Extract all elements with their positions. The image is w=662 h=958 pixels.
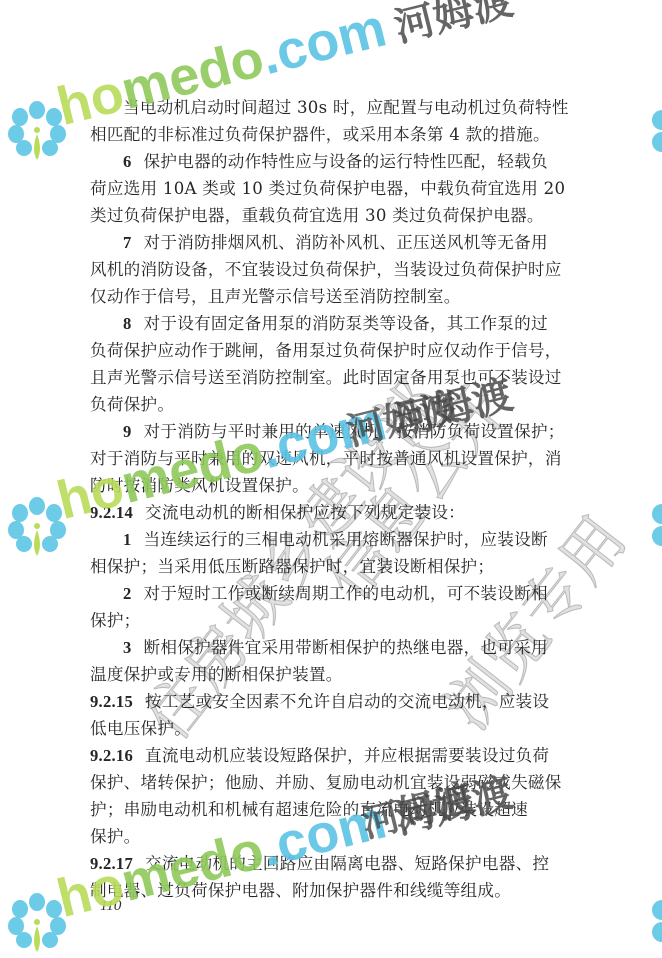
document-page: 住房城乡建设部 信息公开 浏览专用 当电动机启动时间超过 30s 时，应配置与电… (0, 0, 662, 958)
line-text: 且声光警示信号送至消防控制室。此时固定备用泵也可不装设过 (90, 368, 562, 387)
line-text: 保护、堵转保护；他励、并励、复励电动机宜装设弱磁或失磁保 (90, 773, 562, 792)
flower-logo-icon-partial (648, 896, 662, 946)
text-line: 9对于消防与平时兼用的单速风机，按消防负荷设置保护； (123, 422, 565, 442)
text-line: 荷应选用 10A 类或 10 类过负荷保护电器，中载负荷宜选用 20 (90, 179, 565, 199)
line-text: 按工艺或安全因素不允许自启动的交流电动机，应装设 (145, 692, 549, 711)
item-number: 7 (123, 233, 132, 252)
flower-logo-icon (6, 496, 68, 562)
text-line: 8对于设有固定备用泵的消防泵类等设备，其工作泵的过 (123, 314, 548, 334)
line-text: 对于短时工作或断续周期工作的电动机，可不装设断相 (144, 584, 548, 603)
item-number: 9 (123, 422, 132, 441)
line-text: 交流电动机的主回路应由隔离电器、短路保护电器、控 (145, 854, 549, 873)
section-line: 9.2.15按工艺或安全因素不允许自启动的交流电动机，应装设 (90, 692, 549, 712)
text-line: 相匹配的非标准过负荷保护器件，或采用本条第 4 款的措施。 (90, 125, 550, 145)
line-text: 保护电器的动作特性应与设备的运行特性匹配，轻载负 (144, 152, 548, 171)
flower-logo-icon-partial (648, 500, 662, 550)
item-number: 6 (123, 152, 132, 171)
flower-logo-icon (6, 100, 68, 166)
line-text: 风机的消防设备，不宜装设过负荷保护，当装设过负荷保护时应 (90, 260, 562, 279)
text-line: 1当连续运行的三相电动机采用熔断器保护时，应装设断 (123, 530, 548, 550)
line-text: 低电压保护。 (90, 719, 191, 738)
line-text: 温度保护或专用的断相保护装置。 (90, 665, 343, 684)
page-number: 110 (100, 898, 121, 915)
item-number: 3 (123, 638, 132, 657)
item-number: 1 (123, 530, 132, 549)
line-text: 直流电动机应装设短路保护，并应根据需要装设过负荷 (145, 746, 549, 765)
text-line: 保护、堵转保护；他励、并励、复励电动机宜装设弱磁或失磁保 (90, 773, 562, 793)
text-line: 当电动机启动时间超过 30s 时，应配置与电动机过负荷特性 (123, 98, 569, 118)
section-line: 9.2.17交流电动机的主回路应由隔离电器、短路保护电器、控 (90, 854, 549, 874)
text-line: 保护； (90, 611, 141, 631)
line-text: 对于消防与平时兼用的双速风机，平时按普通风机设置保护，消 (90, 449, 562, 468)
section-number: 9.2.16 (90, 746, 133, 765)
line-text: 对于消防排烟风机、消防补风机、正压送风机等无备用 (144, 233, 548, 252)
stamp-watermark-2: 信息公开 (300, 365, 523, 615)
line-text: 护；串励电动机和机械有超速危险的直流电动机应装设超速 (90, 800, 528, 819)
text-line: 负荷保护。 (90, 395, 174, 415)
section-line: 9.2.16直流电动机应装设短路保护，并应根据需要装设过负荷 (90, 746, 549, 766)
item-number: 2 (123, 584, 132, 603)
section-line: 9.2.14交流电动机的断相保护应按下列规定装设： (90, 503, 465, 523)
item-number: 8 (123, 314, 132, 333)
text-line: 且声光警示信号送至消防控制室。此时固定备用泵也可不装设过 (90, 368, 562, 388)
line-text: 当电动机启动时间超过 30s 时，应配置与电动机过负荷特性 (123, 98, 569, 117)
text-line: 3断相保护器件宜采用带断相保护的热继电器，也可采用 (123, 638, 548, 658)
line-text: 当连续运行的三相电动机采用熔断器保护时，应装设断 (144, 530, 548, 549)
line-text: 相匹配的非标准过负荷保护器件，或采用本条第 4 款的措施。 (90, 125, 550, 144)
text-line: 2对于短时工作或断续周期工作的电动机，可不装设断相 (123, 584, 548, 604)
text-line: 防时按消防类风机设置保护。 (90, 476, 309, 496)
text-line: 风机的消防设备，不宜装设过负荷保护，当装设过负荷保护时应 (90, 260, 562, 280)
line-text: 保护； (90, 611, 141, 630)
text-line: 6保护电器的动作特性应与设备的运行特性匹配，轻载负 (123, 152, 548, 172)
line-text: 制电器、过负荷保护电器、附加保护器件和线缆等组成。 (90, 881, 511, 900)
line-text: 荷应选用 10A 类或 10 类过负荷保护电器，中载负荷宜选用 20 (90, 179, 565, 198)
text-line: 护；串励电动机和机械有超速危险的直流电动机应装设超速 (90, 800, 528, 820)
line-text: 对于消防与平时兼用的单速风机，按消防负荷设置保护； (144, 422, 565, 441)
text-line: 低电压保护。 (90, 719, 191, 739)
section-number: 9.2.14 (90, 503, 133, 522)
flower-logo-icon-partial (648, 106, 662, 156)
line-text: 对于设有固定备用泵的消防泵类等设备，其工作泵的过 (144, 314, 548, 333)
line-text: 断相保护器件宜采用带断相保护的热继电器，也可采用 (144, 638, 548, 657)
text-line: 7对于消防排烟风机、消防补风机、正压送风机等无备用 (123, 233, 548, 253)
line-text: 类过负荷保护电器，重载负荷宜选用 30 类过负荷保护电器。 (90, 206, 544, 225)
text-line: 相保护；当采用低压断路器保护时，宜装设断相保护； (90, 557, 494, 577)
section-number: 9.2.17 (90, 854, 133, 873)
text-line: 制电器、过负荷保护电器、附加保护器件和线缆等组成。 (90, 881, 511, 901)
line-text: 交流电动机的断相保护应按下列规定装设： (145, 503, 465, 522)
line-text: 负荷保护。 (90, 395, 174, 414)
text-line: 温度保护或专用的断相保护装置。 (90, 665, 343, 685)
text-line: 仅动作于信号，且声光警示信号送至消防控制室。 (90, 287, 461, 307)
text-line: 类过负荷保护电器，重载负荷宜选用 30 类过负荷保护电器。 (90, 206, 544, 226)
text-line: 保护。 (90, 827, 141, 847)
line-text: 相保护；当采用低压断路器保护时，宜装设断相保护； (90, 557, 494, 576)
line-text: 负荷保护应动作于跳闸，备用泵过负荷保护时应仅动作于信号， (90, 341, 562, 360)
flower-logo-icon (6, 892, 68, 958)
text-line: 对于消防与平时兼用的双速风机，平时按普通风机设置保护，消 (90, 449, 562, 469)
line-text: 仅动作于信号，且声光警示信号送至消防控制室。 (90, 287, 461, 306)
line-text: 防时按消防类风机设置保护。 (90, 476, 309, 495)
text-line: 负荷保护应动作于跳闸，备用泵过负荷保护时应仅动作于信号， (90, 341, 562, 361)
section-number: 9.2.15 (90, 692, 133, 711)
line-text: 保护。 (90, 827, 141, 846)
